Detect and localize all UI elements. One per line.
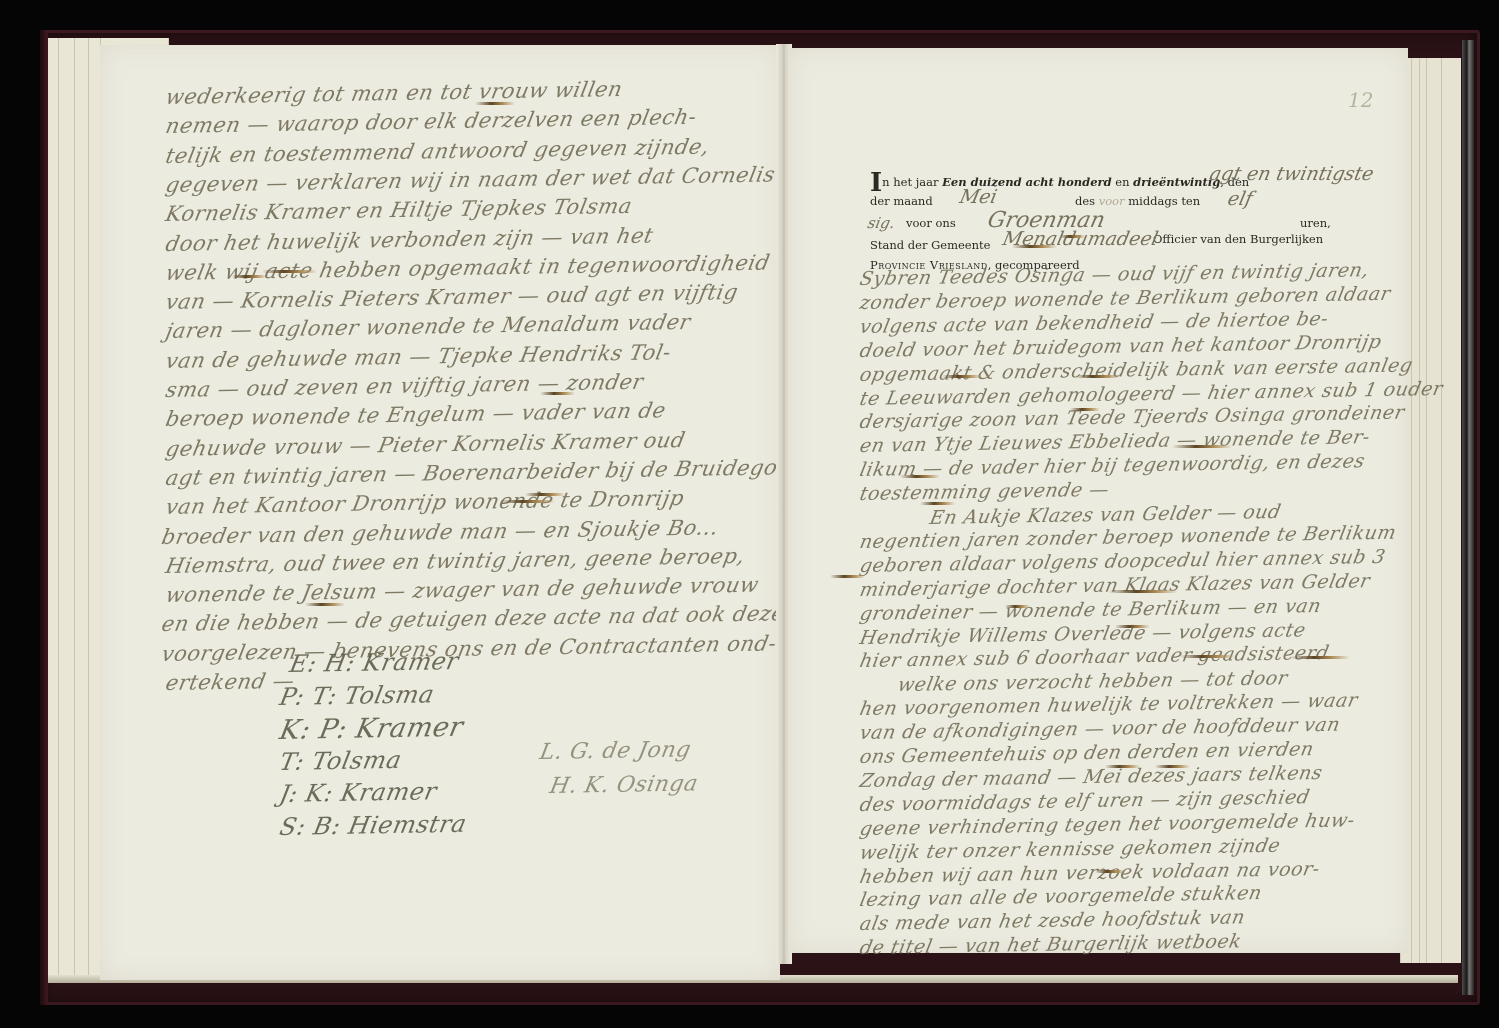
left-sig-item: T: Tolsma bbox=[277, 745, 404, 775]
left-line-item: gegeven — verklaren wij in naam der wet … bbox=[164, 162, 771, 196]
filled-day: agt en twintigste bbox=[1208, 163, 1376, 185]
book-cover-left-edge bbox=[40, 30, 48, 1005]
page-number: 12 bbox=[1348, 88, 1373, 112]
official-sig-item: L. G. de Jong bbox=[538, 737, 694, 765]
left-line-item: broeder van den gehuwde man — en Sjoukje… bbox=[160, 515, 721, 549]
printed-form-line-3b: uren, bbox=[1300, 216, 1331, 230]
printed-form-line-4: Stand der Gemeente bbox=[870, 238, 990, 252]
right-page: 12 In het jaar Een duizend acht honderd … bbox=[788, 48, 1408, 953]
left-line-item: jaren — dagloner wonende te Menaldum vad… bbox=[164, 310, 693, 343]
ink-blot-stroke bbox=[525, 493, 565, 496]
left-sig-item: P: T: Tolsma bbox=[277, 680, 437, 711]
printed-form-line-2: der maand bbox=[870, 194, 933, 208]
left-line-item: nemen — waarop door elk derzelven een pl… bbox=[164, 105, 699, 138]
left-line-item: gehuwde vrouw — Pieter Kornelis Kramer o… bbox=[164, 428, 688, 461]
ink-blot-stroke bbox=[1012, 245, 1057, 248]
left-line-item: van de gehuwde man — Tjepke Hendriks Tol… bbox=[164, 340, 674, 373]
left-line-item: beroep wonende te Engelum — vader van de bbox=[164, 399, 668, 432]
right-line-item: toestemming gevende — bbox=[858, 479, 1111, 505]
ink-blot-stroke bbox=[1105, 765, 1140, 768]
ink-blot-stroke bbox=[1155, 765, 1190, 768]
ink-blot-stroke bbox=[232, 275, 267, 278]
ink-blot-stroke bbox=[500, 500, 555, 503]
left-line-item: wederkeerig tot man en tot vrouw willen bbox=[164, 77, 625, 109]
ink-blot-stroke bbox=[1172, 445, 1232, 448]
left-line-item: sma — oud zeven en vijftig jaren — zonde… bbox=[164, 370, 646, 402]
ink-blot-stroke bbox=[1005, 605, 1030, 608]
ink-blot-stroke bbox=[1115, 625, 1150, 628]
filled-hour: elf bbox=[1226, 188, 1255, 210]
left-sig-item: S: B: Hiemstra bbox=[277, 809, 469, 840]
left-line-item: welk wij acte hebben opgemaakt in tegenw… bbox=[164, 250, 771, 284]
left-line-item: telijk en toestemmend antwoord gegeven z… bbox=[164, 134, 712, 167]
ink-blot-stroke bbox=[1075, 375, 1120, 378]
right-page-stack bbox=[1400, 58, 1461, 963]
left-line-item: Kornelis Kramer en Hiltje Tjepkes Tolsma bbox=[164, 194, 635, 226]
left-line-item: wonende te Jelsum — zwager van de gehuwd… bbox=[164, 573, 761, 607]
ink-blot-stroke bbox=[920, 502, 955, 505]
filled-day-suffix: sig. bbox=[866, 214, 897, 232]
left-sig-item: J: K: Kramer bbox=[277, 777, 439, 808]
printed-des: des voor middags ten bbox=[1075, 194, 1200, 208]
left-line-item: Hiemstra, oud twee en twintig jaren, gee… bbox=[164, 544, 747, 578]
ink-blot-stroke bbox=[1060, 235, 1085, 238]
left-line-item: door het huwelijk verbonden zijn — van h… bbox=[164, 223, 656, 255]
ink-blot-stroke bbox=[900, 475, 940, 478]
ink-blot-stroke bbox=[1070, 408, 1100, 411]
printed-form-line-3a: voor ons bbox=[906, 216, 956, 230]
left-sig-item: K: P: Kramer bbox=[277, 712, 466, 746]
ink-blot-stroke bbox=[942, 375, 982, 378]
ink-blot-stroke bbox=[1095, 870, 1125, 873]
filled-month: Mei bbox=[958, 186, 999, 208]
left-line-item: van het Kantoor Dronrijp wonende te Dron… bbox=[164, 486, 687, 519]
left-page: wederkeerig tot man en tot vrouw willenn… bbox=[100, 45, 780, 980]
left-line-item: agt en twintig jaren — Boerenarbeider bi… bbox=[164, 455, 771, 489]
ink-blot-stroke bbox=[830, 575, 865, 578]
ink-blot-stroke bbox=[1108, 590, 1178, 593]
ink-blot-stroke bbox=[1290, 656, 1350, 659]
official-sig-item: H. K. Osinga bbox=[548, 771, 701, 799]
filled-ante-post: voor bbox=[1099, 194, 1125, 208]
ink-blot-stroke bbox=[475, 102, 515, 105]
printed-form-line-1: In het jaar Een duizend acht honderd en … bbox=[870, 170, 1249, 196]
ink-blot-stroke bbox=[1180, 655, 1235, 658]
left-line-item: ertekend — bbox=[164, 669, 297, 695]
book-cover-right-edge bbox=[1462, 40, 1474, 995]
left-line-item: van — Kornelis Pieters Kramer — oud agt … bbox=[164, 280, 741, 314]
left-line-item: voorgelezen — benevens ons en de Contrac… bbox=[160, 631, 767, 665]
left-line-item: en die hebben — de getuigen deze acte na… bbox=[160, 602, 767, 636]
ink-blot-stroke bbox=[540, 392, 575, 395]
printed-form-line-3c: Officier van den Burgerlijken bbox=[1153, 232, 1323, 246]
ink-blot-stroke bbox=[305, 603, 345, 606]
ink-blot-stroke bbox=[262, 270, 317, 273]
left-sig-item: E: H: Kramer bbox=[287, 647, 461, 678]
